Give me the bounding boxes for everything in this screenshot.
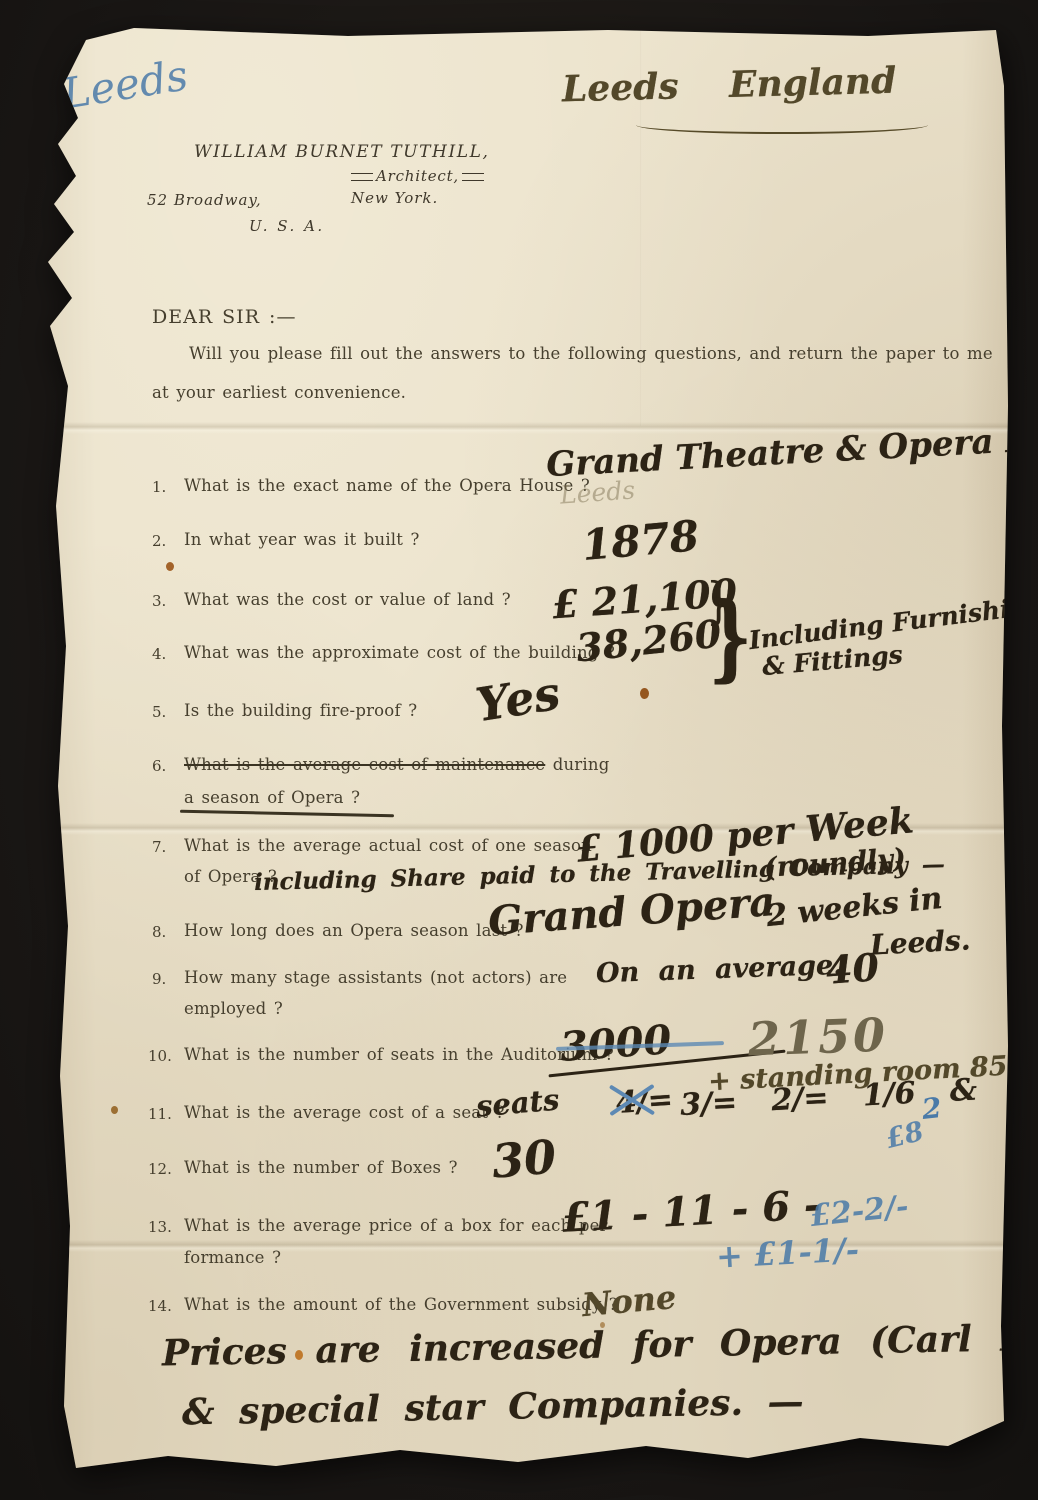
question-11-number: 11.	[148, 1105, 172, 1123]
question-12-number: 12.	[148, 1160, 172, 1178]
question-6-line-1: What is the average cost of maintenance …	[184, 755, 609, 774]
question-9-line-1: How many stage assistants (not actors) a…	[184, 968, 567, 987]
question-1-text: What is the exact name of the Opera Hous…	[184, 476, 590, 495]
question-13-number: 13.	[148, 1218, 172, 1236]
question-6-struck-text: What is the average cost of maintenance	[184, 755, 545, 774]
question-8-text: How long does an Opera season last ?	[184, 921, 524, 940]
decorative-rule	[351, 173, 373, 181]
letterhead-country: U. S. A.	[249, 217, 325, 235]
answer-13-blue-2: + £1-1/-	[715, 1230, 860, 1275]
answer-9-text: On an average.	[596, 950, 844, 990]
question-12-text: What is the number of Boxes ?	[184, 1158, 458, 1177]
answer-11-blue-note: £8	[883, 1116, 927, 1155]
hand-underline	[180, 810, 394, 817]
intro-line-1: Will you please fill out the answers to …	[189, 344, 993, 363]
question-9-number: 9.	[152, 970, 166, 988]
decorative-rule	[462, 173, 484, 181]
letterhead-role-text: Architect,	[376, 167, 459, 185]
heading-underline	[636, 98, 928, 134]
question-8-number: 8.	[152, 923, 166, 941]
question-2-text: In what year was it built ?	[184, 530, 420, 549]
scanned-document: Leeds Leeds England WILLIAM BURNET TUTHI…	[48, 26, 1010, 1478]
question-14-text: What is the amount of the Government sub…	[184, 1295, 618, 1314]
question-7-number: 7.	[152, 838, 166, 856]
question-6-rest-text: during	[545, 755, 609, 774]
question-11-text: What is the average cost of a seat ?	[184, 1103, 505, 1122]
letterhead-street: 52 Broadway,	[147, 191, 262, 209]
answer-8-part-3: Leeds.	[869, 923, 971, 961]
answer-5: Yes	[472, 666, 563, 732]
question-4-number: 4.	[152, 645, 166, 663]
answer-13-blue-1: £2-2/-	[808, 1189, 910, 1234]
answer-14: None	[581, 1278, 678, 1324]
answer-9-number: 40	[824, 944, 880, 993]
salutation: DEAR SIR :—	[152, 306, 296, 328]
question-6-line-2: a season of Opera ?	[184, 788, 360, 807]
answer-1-ink: Grand Theatre & Opera House	[545, 415, 1038, 485]
question-13-line-1: What is the average price of a box for e…	[184, 1216, 613, 1235]
question-7-line-1: What is the average actual cost of one s…	[184, 836, 592, 855]
answer-13-ink: £1 - 11 - 6 -	[561, 1181, 822, 1241]
question-5-text: Is the building fire-proof ?	[184, 701, 417, 720]
foxing-dot	[111, 1106, 118, 1114]
question-3-number: 3.	[152, 592, 166, 610]
corner-location-note: Leeds	[59, 50, 191, 118]
answer-11-blue-overwrite: 2	[920, 1091, 943, 1126]
footnote-line-1: Prices are increased for Opera (Carl Ros…	[162, 1316, 1038, 1375]
question-10-number: 10.	[148, 1047, 172, 1065]
questionnaire-page: Leeds Leeds England WILLIAM BURNET TUTHI…	[48, 26, 1010, 1478]
answer-11-label: seats	[475, 1082, 561, 1123]
footnote-line-2: & special star Companies. —	[182, 1381, 804, 1434]
answer-4-brace-big: }	[708, 582, 752, 692]
letterhead-name: WILLIAM BURNET TUTHILL,	[194, 142, 490, 162]
answer-2: 1878	[580, 511, 701, 570]
question-9-line-2: employed ?	[184, 999, 283, 1018]
question-14-number: 14.	[148, 1297, 172, 1315]
answer-12: 30	[490, 1129, 558, 1188]
foxing-dot	[166, 562, 174, 571]
question-10-text: What is the number of seats in the Audit…	[184, 1045, 614, 1064]
question-2-number: 2.	[152, 532, 166, 550]
letterhead-city: New York.	[351, 189, 438, 207]
answer-1-pencil: Leeds	[559, 475, 636, 509]
question-13-line-2: formance ?	[184, 1248, 281, 1267]
letterhead-role: Architect,	[348, 167, 487, 185]
foxing-dot	[640, 688, 649, 699]
question-4-text: What was the approximate cost of the bui…	[184, 643, 615, 662]
question-5-number: 5.	[152, 703, 166, 721]
question-3-text: What was the cost or value of land ?	[184, 590, 511, 609]
question-6-number: 6.	[152, 757, 166, 775]
question-1-number: 1.	[152, 478, 166, 496]
intro-line-2: at your earliest convenience.	[152, 383, 406, 402]
